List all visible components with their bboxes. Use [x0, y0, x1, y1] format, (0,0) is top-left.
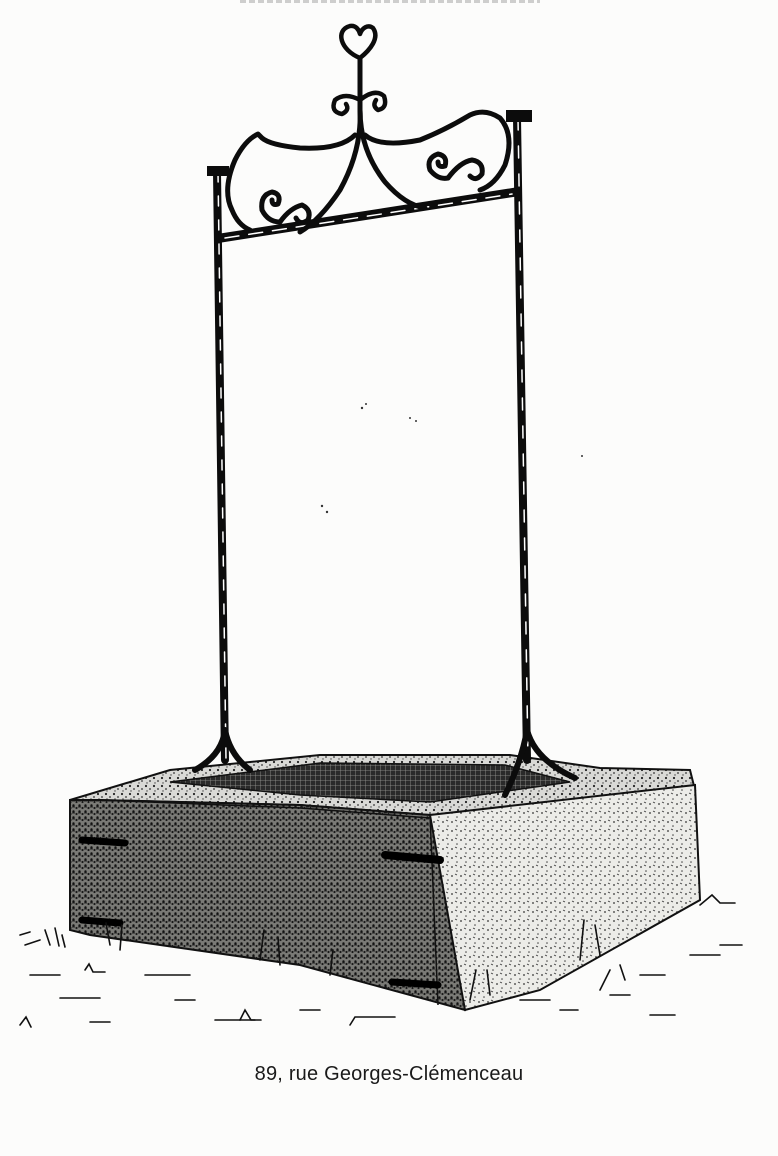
figure-caption: 89, rue Georges-Clémenceau: [0, 1063, 778, 1086]
wrought-iron-frame: [195, 26, 575, 795]
well-illustration: [0, 0, 778, 1060]
stone-well-curb: [70, 755, 700, 1010]
print-specks: [321, 403, 583, 513]
document-page: 89, rue Georges-Clémenceau: [0, 0, 778, 1156]
